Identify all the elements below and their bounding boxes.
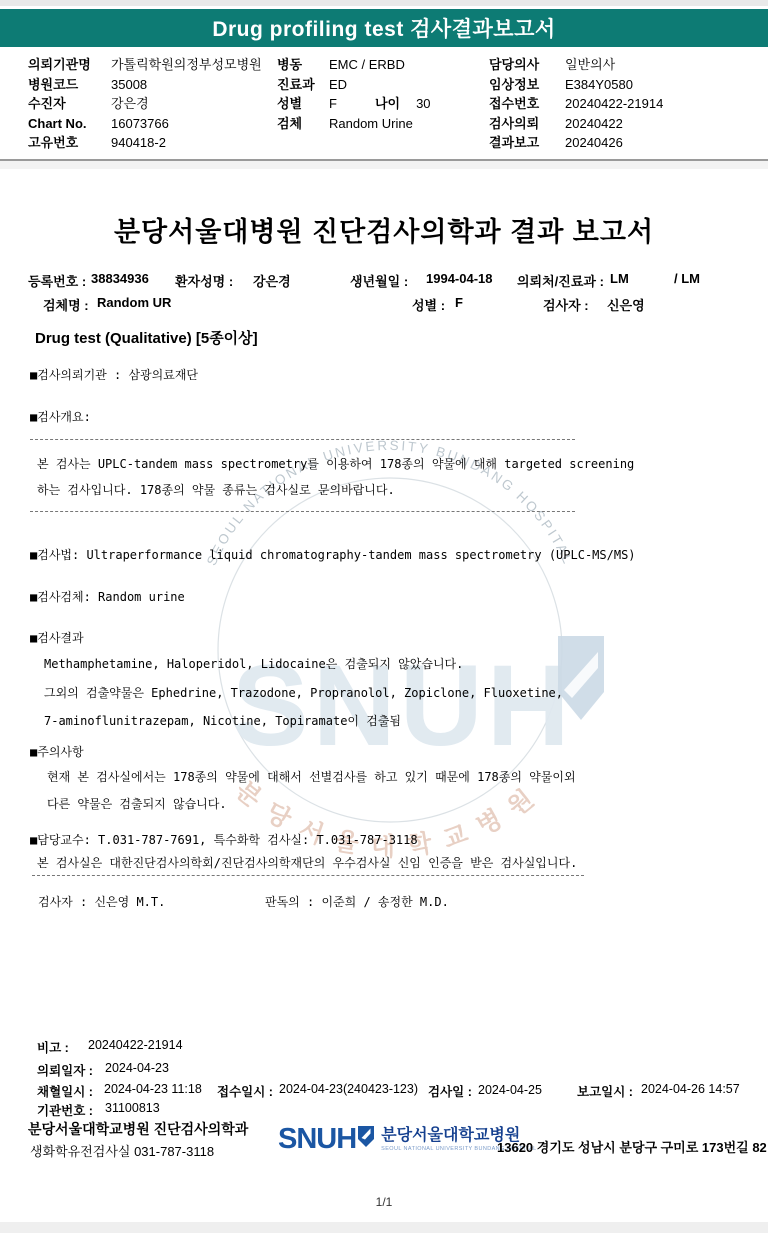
- header-row: 담당의사 일반의사: [489, 56, 663, 76]
- field-label: Chart No.: [28, 115, 111, 132]
- dept-value: LM: [610, 271, 629, 286]
- tester-label: 검사자 :: [543, 295, 589, 314]
- field-label: 고유번호: [28, 134, 111, 151]
- snuh-logo-text: SNUH: [278, 1125, 356, 1154]
- watermark-shield-icon: [558, 636, 604, 720]
- dept-value-2: / LM: [674, 271, 700, 286]
- collect-time-label: 채혈일시 :: [37, 1082, 93, 1100]
- report-time-label: 보고일시 :: [577, 1082, 633, 1100]
- footer-department-line-2: 생화학유전검사실 031-787-3118: [30, 1141, 214, 1160]
- field-label: 병동: [277, 56, 329, 73]
- accreditation-line: 본 검사실은 대한진단검사의학회/진단검사의학재단의 우수검사실 신임 인증을 …: [37, 854, 577, 871]
- field-label: 의뢰기관명: [28, 56, 111, 73]
- footer-department-line-1: 분당서울대학교병원 진단검사의학과: [28, 1119, 248, 1139]
- test-date-value: 2024-04-25: [478, 1083, 542, 1097]
- field-label: 임상정보: [489, 76, 565, 93]
- dept-label: 의뢰처/진료과 :: [517, 271, 604, 290]
- header-row: 검사의뢰 20240422: [489, 115, 663, 135]
- report-time-value: 2024-04-26 14:57: [641, 1082, 740, 1096]
- field-value: EMC / ERBD: [329, 56, 405, 73]
- header-row: 병동 EMC / ERBD: [277, 56, 431, 76]
- header-row: 의뢰기관명 가톨릭학원의정부성모병원: [28, 56, 262, 76]
- field-value: Random Urine: [329, 115, 413, 132]
- dashed-divider: [30, 439, 575, 440]
- footer-address: 13620 경기도 성남시 분당구 구미로 173번길 82: [497, 1137, 767, 1156]
- reg-no-label: 등록번호 :: [28, 271, 86, 290]
- test-title: Drug test (Qualitative) [5종이상]: [35, 327, 258, 348]
- section-specimen: ■검사검체: Random urine: [30, 588, 185, 605]
- page-number: 1/1: [0, 1195, 768, 1209]
- report-page: Drug profiling test 검사결과보고서 SNUH SEOUL N…: [0, 0, 768, 1233]
- patient-name-label: 환자성명 :: [175, 271, 233, 290]
- sex-value: F: [455, 295, 463, 310]
- section-caution-heading: ■주의사항: [30, 743, 84, 760]
- section-result-heading: ■검사결과: [30, 629, 84, 646]
- header-row-sex-age: 성별 F 나이 30: [277, 95, 431, 115]
- field-label: 수진자: [28, 95, 111, 112]
- field-label: 접수번호: [489, 95, 565, 112]
- field-value: 가톨릭학원의정부성모병원: [111, 56, 262, 73]
- field-label: 검사의뢰: [489, 115, 565, 132]
- dashed-divider: [30, 511, 575, 512]
- request-date-label: 의뢰일자 :: [37, 1061, 93, 1079]
- note-label: 비고 :: [37, 1038, 69, 1056]
- header-row: 임상정보 E384Y0580: [489, 76, 663, 96]
- header-column-admin: 담당의사 일반의사 임상정보 E384Y0580 접수번호 20240422-2…: [489, 56, 663, 154]
- bottom-bar: [0, 1222, 768, 1233]
- header-row: 병원코드 35008: [28, 76, 262, 96]
- caution-line-2: 다른 약물은 검출되지 않습니다.: [47, 795, 227, 812]
- caution-line-1: 현재 본 검사실에서는 178종의 약물에 대해서 선별검사를 하고 있기 때문…: [47, 768, 576, 785]
- field-label: 진료과: [277, 76, 329, 93]
- field-label: 병원코드: [28, 76, 111, 93]
- header-row: 검체 Random Urine: [277, 115, 431, 135]
- section-institution: ■검사의뢰기관 : 삼광의료재단: [30, 366, 198, 383]
- collect-time-value: 2024-04-23 11:18: [104, 1082, 202, 1096]
- header-row: Chart No. 16073766: [28, 115, 262, 135]
- field-label: 검체: [277, 115, 329, 132]
- field-value: 20240422: [565, 115, 623, 132]
- top-strip: [0, 0, 768, 6]
- tester-value: 신은영: [607, 295, 645, 314]
- header-row: 진료과 ED: [277, 76, 431, 96]
- birth-value: 1994-04-18: [426, 271, 493, 286]
- page-title: 분당서울대병원 진단검사의학과 결과 보고서: [0, 210, 768, 249]
- field-value: 35008: [111, 76, 147, 93]
- header-column-institution: 의뢰기관명 가톨릭학원의정부성모병원 병원코드 35008 수진자 강은경 Ch…: [28, 56, 262, 154]
- field-value: 강은경: [111, 95, 149, 112]
- overview-line-1: 본 검사는 UPLC-tandem mass spectrometry를 이용하…: [37, 455, 634, 472]
- field-label: 담당의사: [489, 56, 565, 73]
- field-label: 결과보고: [489, 134, 565, 151]
- field-value: E384Y0580: [565, 76, 633, 93]
- header-column-clinical: 병동 EMC / ERBD 진료과 ED 성별 F 나이 30 검체 Rando…: [277, 56, 431, 134]
- field-value: 20240426: [565, 134, 623, 151]
- org-no-value: 31100813: [105, 1101, 160, 1115]
- field-value: ED: [329, 76, 347, 93]
- result-line-1: Methamphetamine, Haloperidol, Lidocaine은…: [44, 655, 463, 672]
- field-value: F: [329, 95, 337, 112]
- patient-name-value: 강은경: [253, 271, 291, 290]
- header-row: 접수번호 20240422-21914: [489, 95, 663, 115]
- org-no-label: 기관번호 :: [37, 1101, 93, 1119]
- test-date-label: 검사일 :: [428, 1082, 472, 1100]
- header-row: 결과보고 20240426: [489, 134, 663, 154]
- field-label: 성별: [277, 95, 329, 112]
- receipt-time-value: 2024-04-23(240423-123): [279, 1082, 418, 1096]
- header-divider-shadow: [0, 161, 768, 169]
- banner-title: Drug profiling test 검사결과보고서: [212, 13, 555, 43]
- section-method: ■검사법: Ultraperformance liquid chromatogr…: [30, 546, 636, 563]
- report-banner: Drug profiling test 검사결과보고서: [0, 9, 768, 47]
- svg-text:분당서울대학교병원: 분당서울대학교병원: [230, 775, 550, 861]
- birth-label: 생년월일 :: [350, 271, 408, 290]
- section-contact: ■담당교수: T.031-787-7691, 특수화학 검사실: T.031-7…: [30, 831, 418, 848]
- field-value: 20240422-21914: [565, 95, 663, 112]
- signature-examiner: 검사자 : 신은영 M.T.: [38, 893, 165, 910]
- header-row: 고유번호 940418-2: [28, 134, 262, 154]
- overview-line-2: 하는 검사입니다. 178종의 약물 종류는 검사실로 문의바랍니다.: [37, 481, 395, 498]
- age-value: 30: [416, 95, 430, 112]
- specimen-value: Random UR: [97, 295, 171, 310]
- specimen-label: 검체명 :: [43, 295, 89, 314]
- snuh-shield-icon: [358, 1126, 374, 1147]
- age-label: 나이: [375, 95, 400, 112]
- dashed-divider: [32, 875, 584, 876]
- header-row: 수진자 강은경: [28, 95, 262, 115]
- signature-reader: 판독의 : 이준희 / 송정한 M.D.: [265, 893, 449, 910]
- receipt-time-label: 접수일시 :: [217, 1082, 273, 1100]
- result-line-2: 그외의 검출약물은 Ephedrine, Trazodone, Proprano…: [44, 684, 563, 701]
- field-value: 940418-2: [111, 134, 166, 151]
- request-date-value: 2024-04-23: [105, 1061, 169, 1075]
- field-value: 일반의사: [565, 56, 615, 73]
- watermark-circle-text-kr: 분당서울대학교병원: [230, 775, 550, 861]
- reg-no-value: 38834936: [91, 271, 149, 286]
- sex-label: 성별 :: [412, 295, 445, 314]
- note-value: 20240422-21914: [88, 1038, 183, 1052]
- result-line-3: 7-aminoflunitrazepam, Nicotine, Topirama…: [44, 712, 401, 729]
- field-value: 16073766: [111, 115, 169, 132]
- section-overview-heading: ■검사개요:: [30, 408, 91, 425]
